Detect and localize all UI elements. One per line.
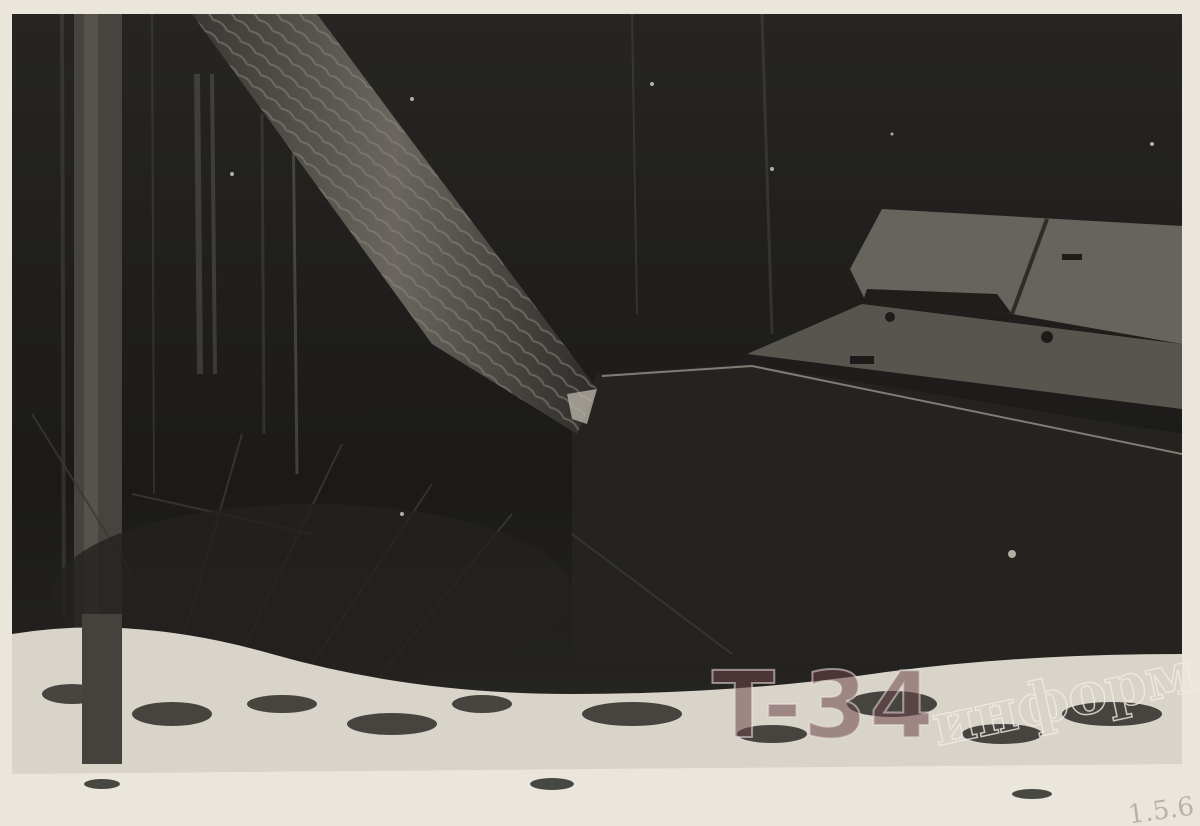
photograph (12, 14, 1182, 804)
photo-scene (12, 14, 1182, 804)
